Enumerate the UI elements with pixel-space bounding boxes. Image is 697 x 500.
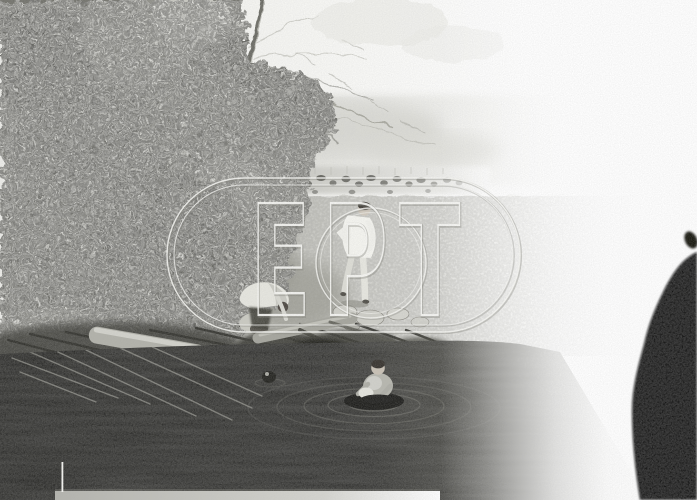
film-grain	[0, 0, 697, 500]
photo-canvas: EPT EPT	[0, 0, 697, 500]
photograph: EPT EPT	[0, 0, 697, 500]
